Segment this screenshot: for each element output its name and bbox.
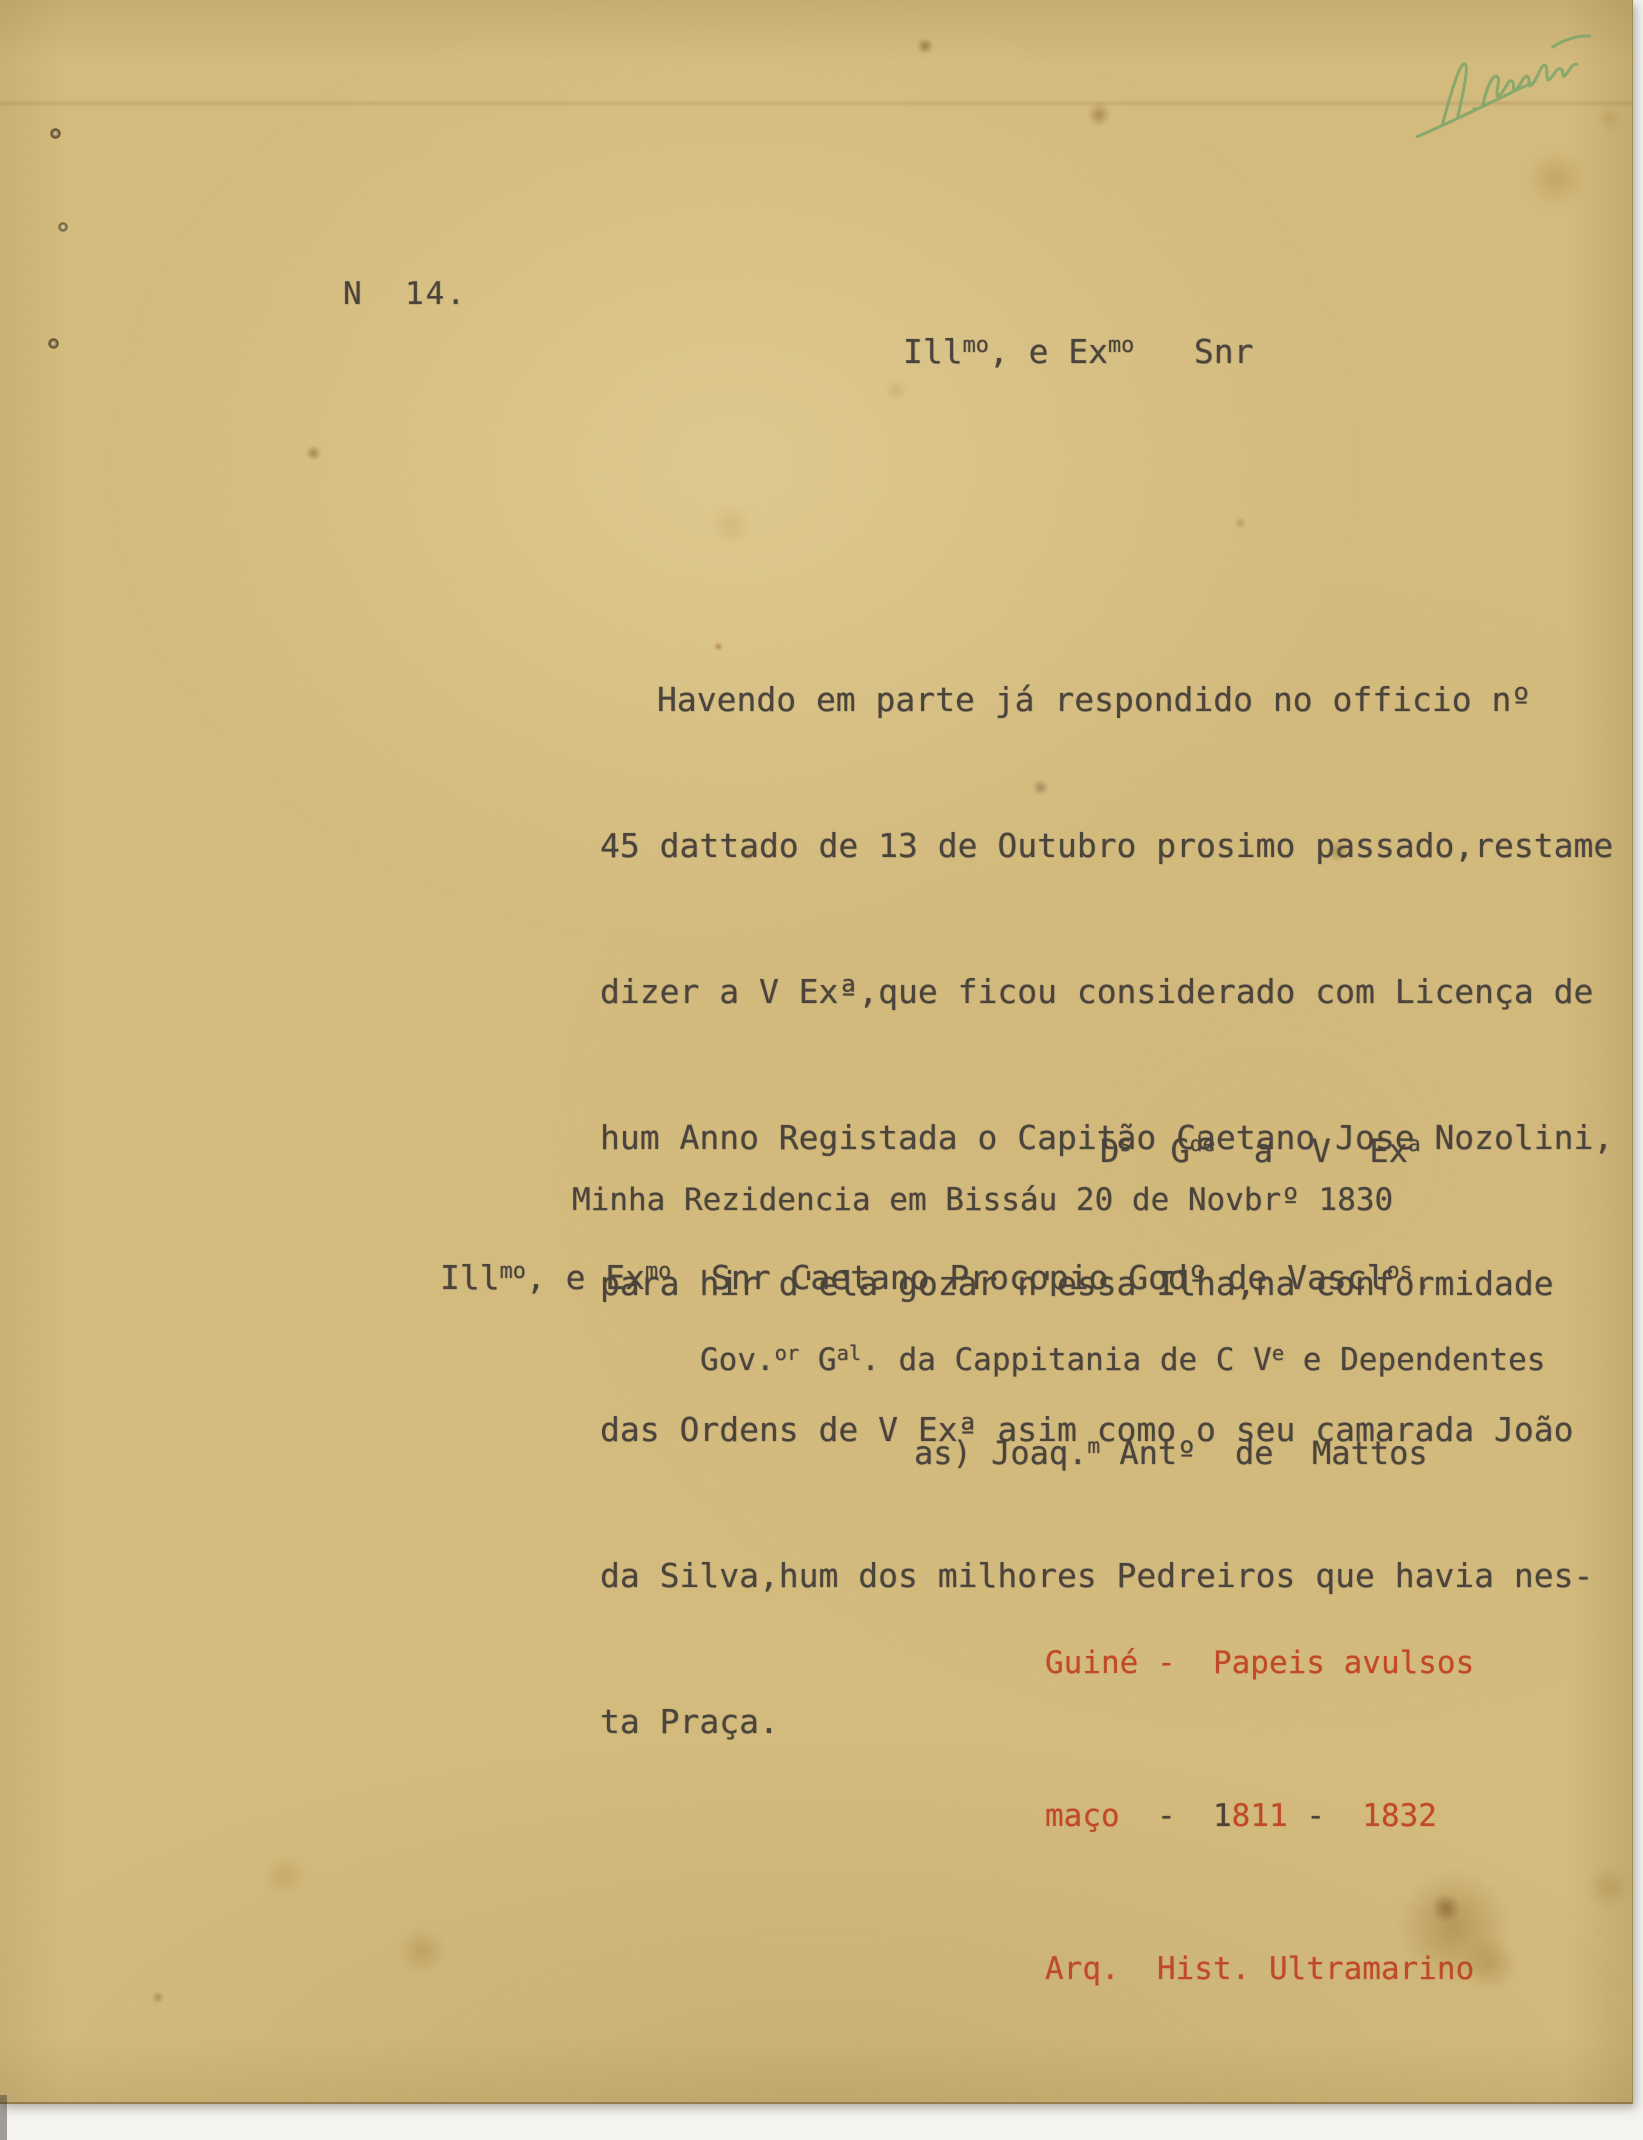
pinhole — [48, 338, 59, 349]
body-line: Havendo em parte já respondido no offici… — [600, 666, 1613, 734]
stain — [306, 446, 321, 460]
paper-fold-crease — [0, 100, 1632, 107]
archive-stamp-line-2: maço - 1811 - 1832 — [1045, 1791, 1474, 1842]
salutation-line: Illmo, e Exmo Snr — [903, 332, 1253, 371]
stain — [396, 1928, 448, 1974]
archive-stamp: Guiné - Papeis avulsos maço - 1811 - 183… — [1045, 1536, 1474, 2097]
scan-edge-shadow — [0, 2095, 7, 2140]
stain — [1326, 842, 1349, 861]
pinhole — [50, 128, 61, 139]
body-line: 45 dattado de 13 de Outubro prosimo pass… — [600, 812, 1613, 880]
stain — [916, 38, 934, 54]
stain — [742, 848, 756, 860]
signature-line: as) Joaq.m Antº de Mattos — [914, 1434, 1428, 1472]
archive-stamp-line-1: Guiné - Papeis avulsos — [1045, 1638, 1474, 1689]
handwritten-archivist-mark — [1403, 16, 1609, 144]
stain — [1525, 150, 1587, 208]
stain — [1032, 780, 1049, 795]
closing-formula: Ds Gde a V Exa — [1100, 1132, 1421, 1170]
stain — [152, 1992, 164, 2003]
stain — [884, 380, 908, 400]
place-date-line: Minha Rezidencia em Bissáu 20 de Novbrº … — [572, 1182, 1393, 1218]
letter-paper: N 14. Illmo, e Exmo Snr Havendo em parte… — [0, 0, 1633, 2104]
document-number: N 14. — [343, 276, 467, 312]
scanned-document: N 14. Illmo, e Exmo Snr Havendo em parte… — [0, 0, 1643, 2140]
stain — [714, 642, 723, 651]
stain — [1235, 518, 1246, 528]
stain — [1086, 104, 1112, 126]
addressee-line-1: Illmo, e Exmo Snr Caetano Procopio Godº … — [440, 1258, 1433, 1297]
stain — [1586, 1866, 1632, 1908]
stain — [1430, 1894, 1462, 1922]
addressee-line-2: Gov.or Gal. da Cappitania de C Ve e Depe… — [700, 1342, 1545, 1378]
stain — [262, 1856, 308, 1896]
stain — [708, 505, 754, 545]
stain — [1597, 108, 1623, 130]
pinhole — [58, 222, 68, 232]
stain — [1458, 1938, 1520, 1990]
body-line: dizer a V Exª,que ficou considerado com … — [600, 958, 1613, 1026]
